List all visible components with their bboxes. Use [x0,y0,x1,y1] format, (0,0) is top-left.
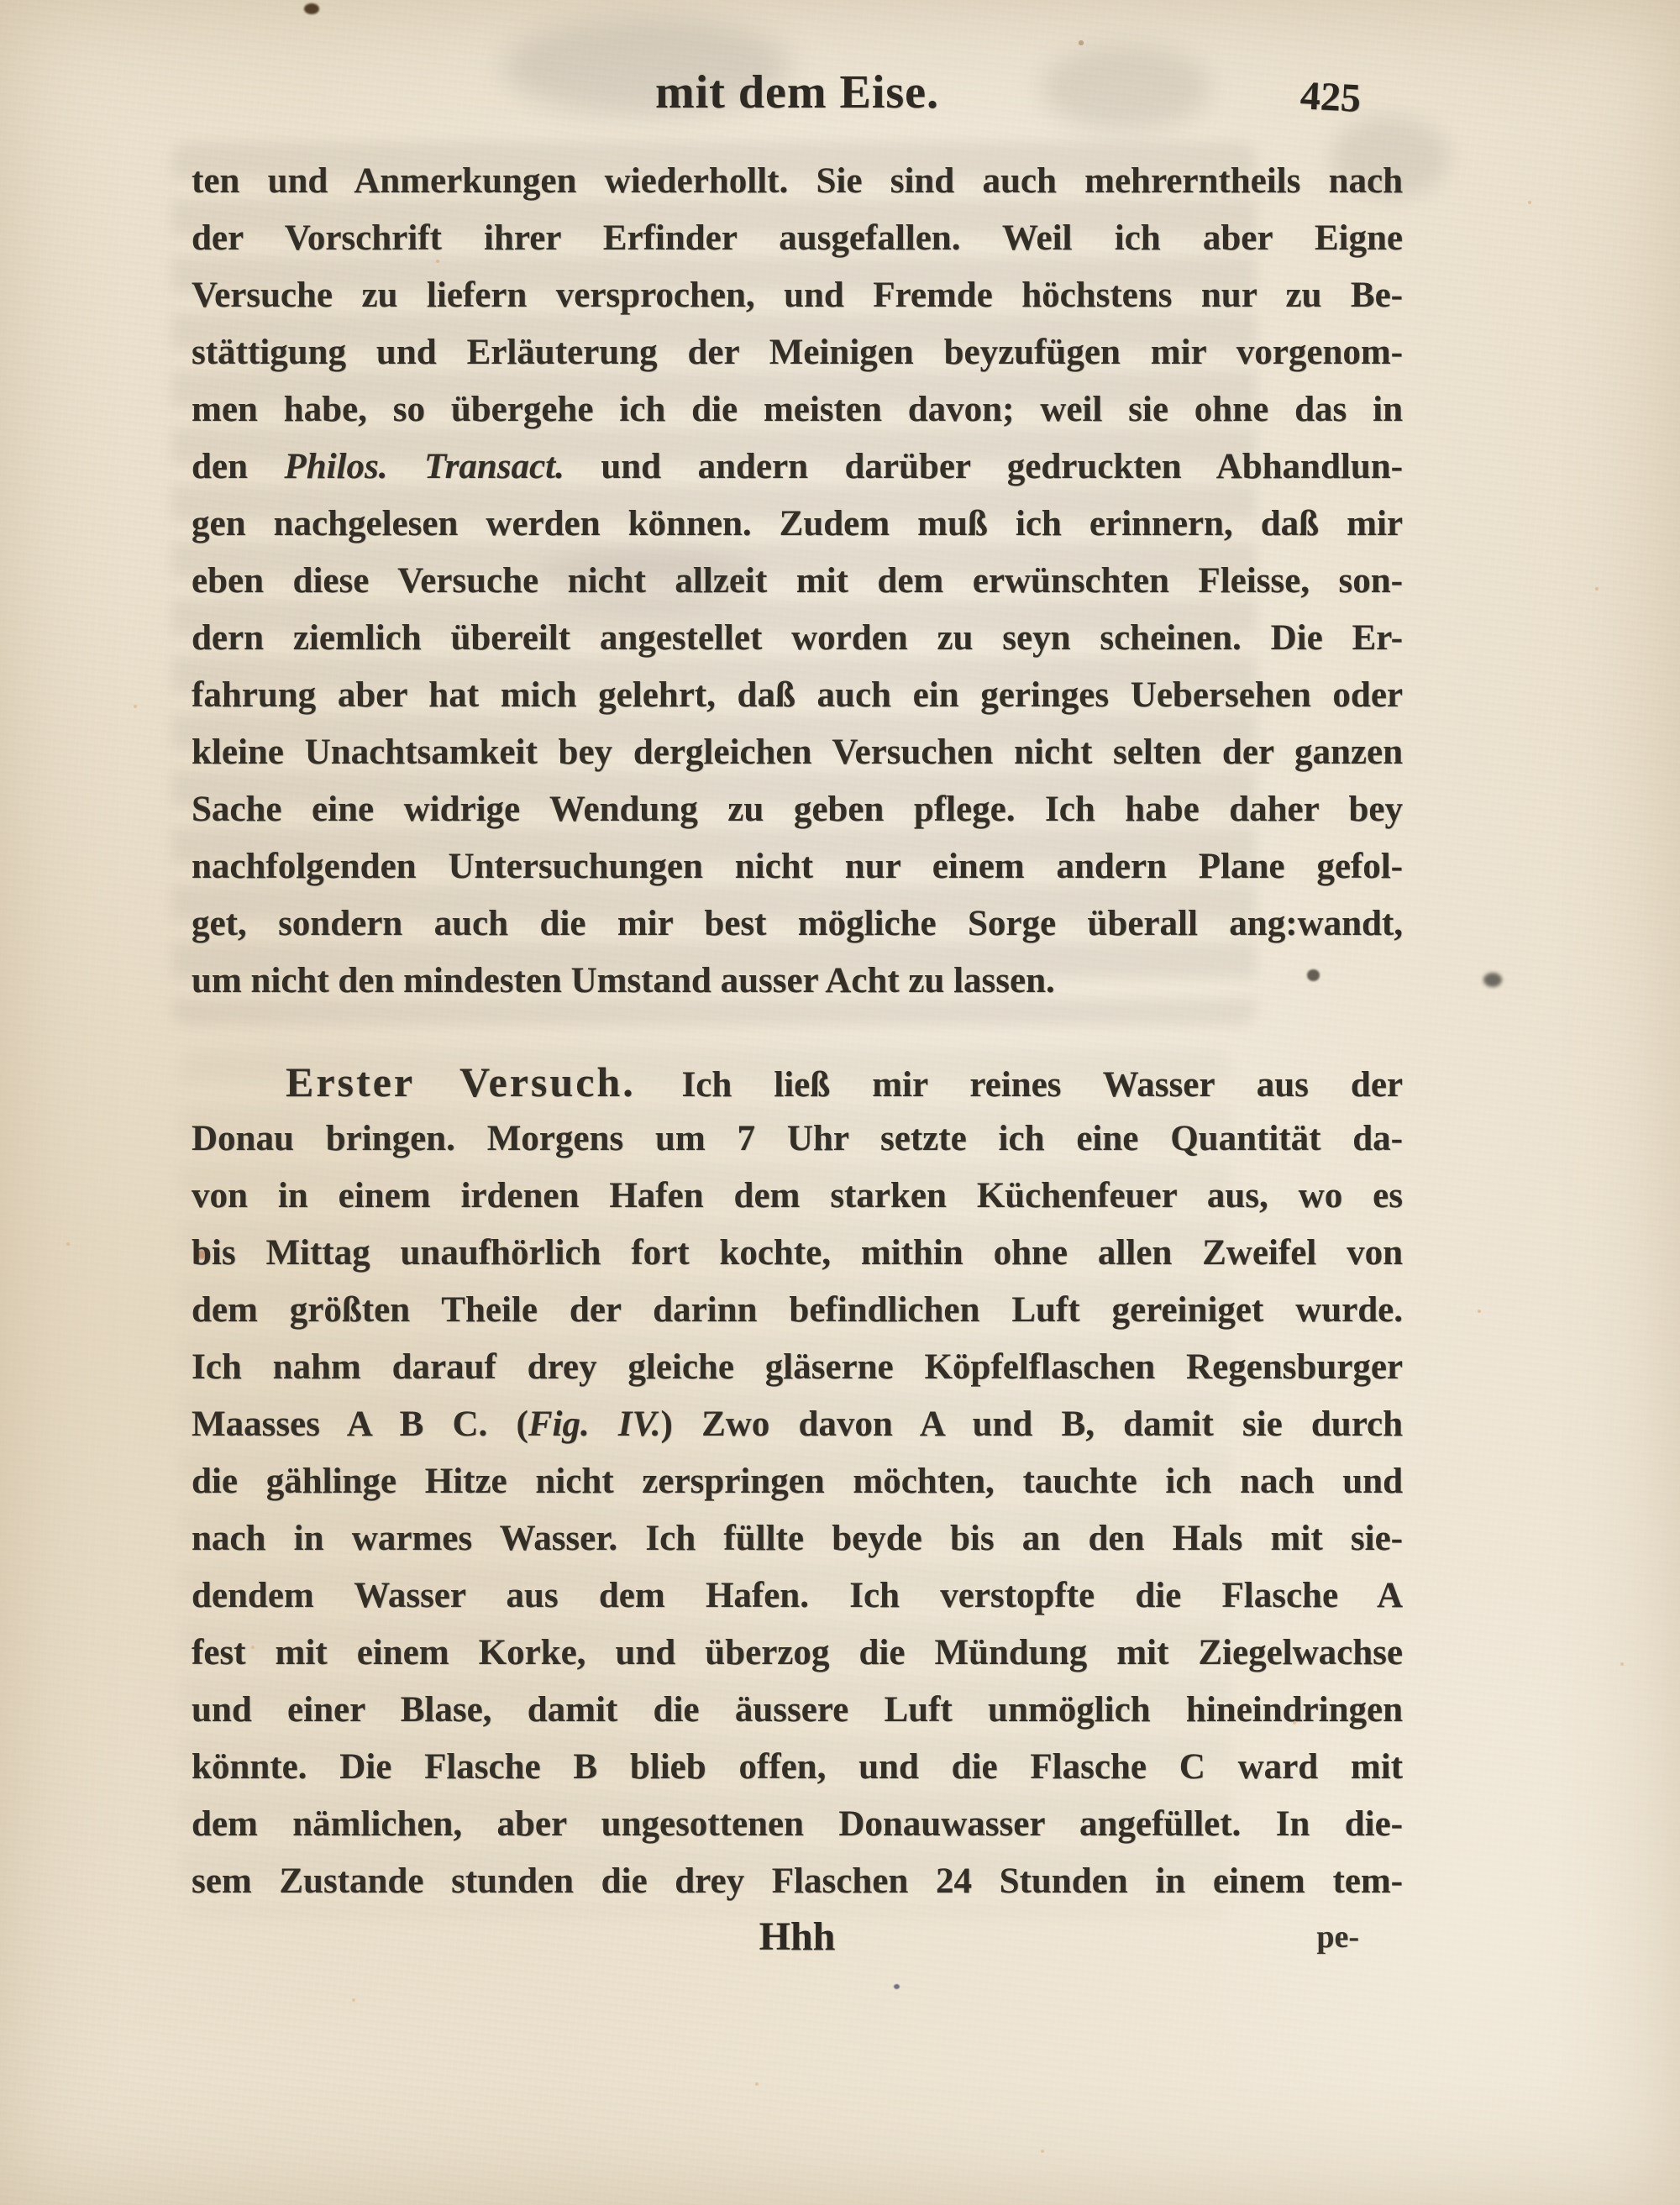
stain [1483,973,1502,987]
text-line: eben diese Versuche nicht allzeit mit de… [192,553,1403,610]
stain [894,1984,900,1989]
text-line: dern ziemlich übereilt angestellet worde… [192,610,1403,667]
text-line: könnte. Die Flasche B blieb offen, und d… [192,1739,1403,1796]
text-line: von in einem irdenen Hafen dem starken K… [192,1168,1403,1225]
text-line: dendem Wasser aus dem Hafen. Ich verstop… [192,1567,1403,1625]
text-line: kleine Unachtsamkeit bey dergleichen Ver… [192,724,1403,781]
text-line: gen nachgelesen werden können. Zudem muß… [192,496,1403,553]
text-line: bis Mittag unaufhörlich fort kochte, mit… [192,1225,1403,1282]
text-line: um nicht den mindesten Umstand ausser Ac… [192,953,1403,1010]
text-line: die gählinge Hitze nicht zerspringen möc… [192,1453,1403,1510]
text-line: Donau bringen. Morgens um 7 Uhr setzte i… [192,1110,1403,1168]
text-line: stättigung und Erläuterung der Meinigen … [192,324,1403,381]
page-number: 425 [1299,72,1362,122]
text-line: Sache eine widrige Wendung zu geben pfle… [192,781,1403,838]
paragraph: Erster Versuch. Ich ließ mir reines Wass… [192,1053,1403,1910]
text-line: get, sondern auch die mir best mögliche … [192,895,1403,953]
text-line: ten und Anmerkungen wiederhollt. Sie sin… [192,153,1403,210]
footer-row: Hhh pe- [192,1914,1403,1964]
running-title: mit dem Eise. [192,66,1403,119]
paragraph: ten und Anmerkungen wiederhollt. Sie sin… [192,153,1403,1010]
text-line: Erster Versuch. Ich ließ mir reines Wass… [192,1053,1403,1110]
text-line: fest mit einem Korke, und überzog die Mü… [192,1625,1403,1682]
text-line: sem Zustande stunden die drey Flaschen 2… [192,1853,1403,1910]
text-line: den Philos. Transact. und andern darüber… [192,438,1403,496]
text-line: Maasses A B C. (Fig. IV.) Zwo davon A un… [192,1396,1403,1453]
text-line: und einer Blase, damit die äussere Luft … [192,1682,1403,1739]
antiqua-text: Fig. IV. [528,1404,661,1444]
text-line: dem nämlichen, aber ungesottenen Donauwa… [192,1796,1403,1853]
book-page-scan: mit dem Eise. 425 ten und Anmerkungen wi… [0,0,1680,2205]
text-line: Versuche zu liefern versprochen, und Fre… [192,267,1403,324]
signature-mark: Hhh [192,1914,1403,1961]
text-block: ten und Anmerkungen wiederhollt. Sie sin… [192,153,1403,1964]
paper-fibers [0,0,2,2]
text-line: der Vorschrift ihrer Erfinder ausgefalle… [192,210,1403,267]
text-line: nachfolgenden Untersuchungen nicht nur e… [192,838,1403,895]
stain [304,3,319,14]
text-line: fahrung aber hat mich gelehrt, daß auch … [192,667,1403,724]
catchword: pe- [1316,1919,1359,1956]
text-line: Ich nahm darauf drey gleiche gläserne Kö… [192,1339,1403,1396]
text-line: men habe, so übergehe ich die meisten da… [192,381,1403,438]
text-line: nach in warmes Wasser. Ich füllte beyde … [192,1510,1403,1567]
antiqua-text: Philos. Transact. [284,447,564,486]
text-line: dem größten Theile der darinn befindlich… [192,1282,1403,1339]
paragraph-lead: Erster Versuch. [286,1058,682,1105]
